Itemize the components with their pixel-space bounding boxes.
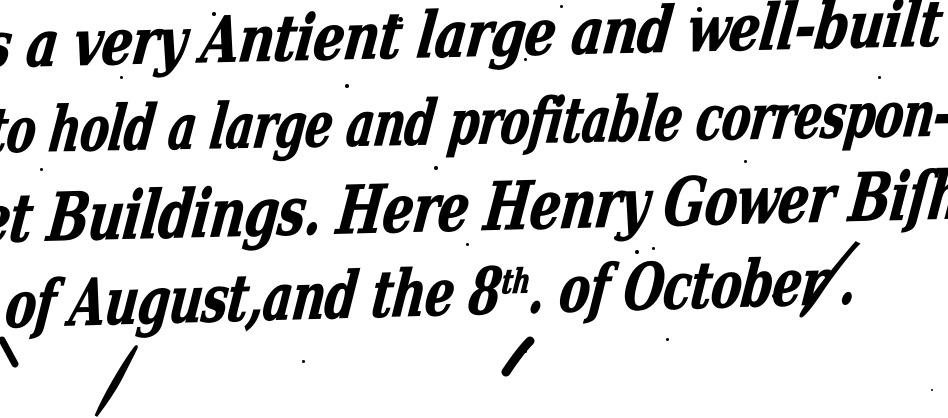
ink-speck	[560, 5, 563, 8]
ink-speck	[697, 7, 702, 12]
descender-loop	[96, 347, 136, 416]
handwritten-line-4: of August,and the 8th. of October .	[2, 250, 859, 338]
ink-speck	[212, 12, 216, 16]
ink-speck	[40, 168, 43, 171]
ink-speck	[744, 160, 747, 163]
manuscript-page: s a very Antient large and well-built to…	[0, 0, 948, 418]
ink-speck	[925, 34, 929, 38]
descender-stroke	[506, 341, 530, 372]
ink-speck	[614, 236, 618, 240]
ink-speck	[345, 84, 349, 88]
edge-stroke	[2, 340, 15, 364]
ink-speck	[635, 250, 639, 254]
ink-speck	[398, 17, 403, 22]
ink-speck	[466, 243, 469, 246]
ink-speck	[878, 76, 881, 79]
ink-speck	[120, 76, 123, 79]
handwritten-line-1: s a very Antient large and well-built	[0, 0, 945, 77]
ink-speck	[524, 58, 527, 61]
handwritten-line-3: et Buildings. Here Henry Gower Biſh-	[0, 161, 948, 252]
ink-speck	[931, 389, 933, 391]
ink-speck	[838, 22, 842, 26]
ink-speck	[652, 247, 655, 250]
ink-speck	[772, 294, 776, 298]
line4-text-before: of August,and the 8	[2, 254, 505, 343]
handwritten-line-2: to hold a large and profitable correspon…	[0, 83, 948, 162]
ink-speck	[302, 360, 305, 363]
ink-speck	[434, 166, 438, 170]
ink-speck	[524, 350, 527, 353]
line4-text-after: . of October .	[525, 244, 860, 328]
ink-speck	[666, 338, 669, 341]
